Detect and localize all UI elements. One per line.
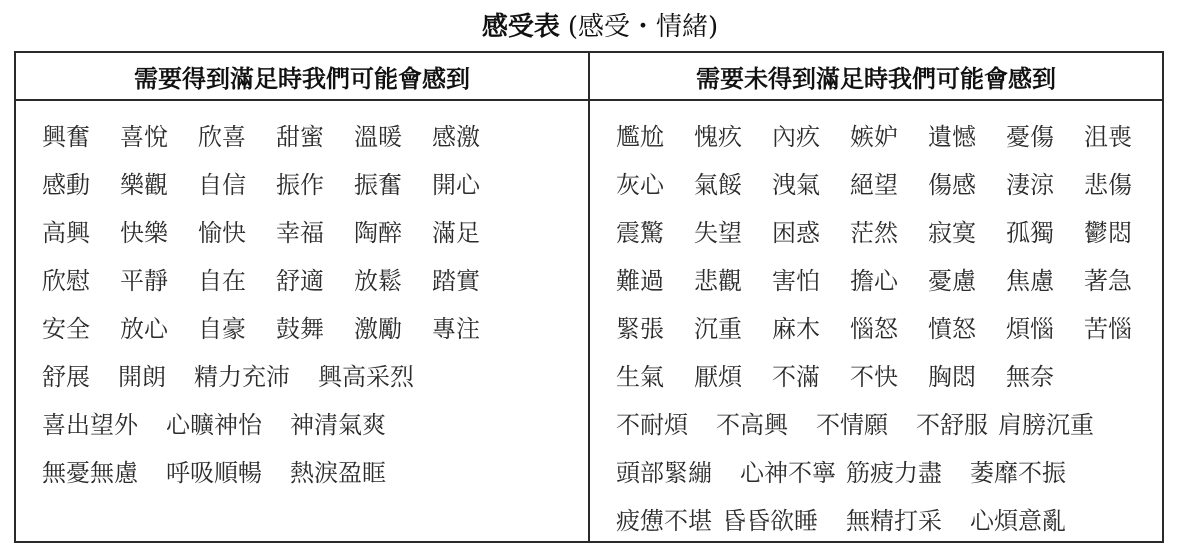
feeling-word: 熱淚盈眶	[290, 453, 386, 488]
feeling-word: 茫然	[850, 213, 928, 248]
feeling-word: 萎靡不振	[970, 453, 1066, 488]
feeling-word: 尷尬	[616, 117, 694, 152]
feeling-word: 無憂無慮	[42, 453, 138, 488]
feeling-word: 寂寞	[928, 213, 1006, 248]
feeling-word: 孤獨	[1006, 213, 1084, 248]
feeling-word: 困惑	[772, 213, 850, 248]
needs-unmet-list: 尷尬 愧疚 內疚 嫉妒 遺憾 憂傷 沮喪 灰心 氣餒 洩氣 絕望 傷感 淒涼 悲…	[590, 101, 1162, 542]
feeling-word: 愉快	[198, 213, 276, 248]
feeling-word: 筋疲力盡	[846, 453, 942, 488]
feeling-word: 沮喪	[1084, 117, 1162, 152]
feeling-row: 安全 放心 自豪 鼓舞 激勵 專注	[16, 302, 588, 350]
feeling-word: 鼓舞	[276, 309, 354, 344]
feeling-word: 興高采烈	[318, 357, 414, 392]
needs-met-list: 興奮 喜悅 欣喜 甜蜜 溫暖 感激 感動 樂觀 自信 振作 振奮 開心 高興 快…	[16, 101, 588, 494]
feeling-word: 洩氣	[772, 165, 850, 200]
feeling-word: 振作	[276, 165, 354, 200]
feeling-row: 震驚 失望 困惑 茫然 寂寞 孤獨 鬱悶	[590, 206, 1162, 254]
feeling-word: 專注	[432, 309, 510, 344]
feeling-row: 難過 悲觀 害怕 擔心 憂慮 焦慮 著急	[590, 254, 1162, 302]
feeling-word: 氣餒	[694, 165, 772, 200]
feeling-word: 鬱悶	[1084, 213, 1162, 248]
feeling-word: 心曠神怡	[166, 405, 262, 440]
feeling-word: 絕望	[850, 165, 928, 200]
feeling-word: 失望	[694, 213, 772, 248]
feeling-word: 震驚	[616, 213, 694, 248]
title-main: 感受表	[482, 12, 560, 42]
feeling-word: 安全	[42, 309, 120, 344]
feeling-row: 舒展 開朗 精力充沛 興高采烈	[16, 350, 588, 398]
feeling-row: 生氣 厭煩 不滿 不快 胸悶 無奈	[590, 350, 1162, 398]
feeling-word: 平靜	[120, 261, 198, 296]
feeling-word: 內疚	[772, 117, 850, 152]
feeling-row: 興奮 喜悅 欣喜 甜蜜 溫暖 感激	[16, 110, 588, 158]
feeling-word: 放鬆	[354, 261, 432, 296]
feeling-word: 昏昏欲睡	[722, 501, 818, 536]
feeling-word: 不耐煩	[616, 405, 688, 440]
feeling-word: 滿足	[432, 213, 510, 248]
feeling-word: 激勵	[354, 309, 432, 344]
feeling-word: 不舒服	[916, 405, 988, 440]
feeling-word: 悲觀	[694, 261, 772, 296]
needs-met-column: 需要得到滿足時我們可能會感到 興奮 喜悅 欣喜 甜蜜 溫暖 感激 感動 樂觀 自…	[16, 53, 590, 541]
feeling-word: 無精打采	[846, 501, 942, 536]
feeling-word: 焦慮	[1006, 261, 1084, 296]
feeling-word: 愧疚	[694, 117, 772, 152]
feeling-row: 尷尬 愧疚 內疚 嫉妒 遺憾 憂傷 沮喪	[590, 110, 1162, 158]
feeling-word: 憂慮	[928, 261, 1006, 296]
feeling-word: 精力充沛	[194, 357, 290, 392]
feeling-word: 不情願	[816, 405, 888, 440]
feeling-word: 神清氣爽	[290, 405, 386, 440]
feeling-word: 自信	[198, 165, 276, 200]
feeling-row: 灰心 氣餒 洩氣 絕望 傷感 淒涼 悲傷	[590, 158, 1162, 206]
feeling-word: 自豪	[198, 309, 276, 344]
feeling-row: 不耐煩 不高興 不情願 不舒服 肩膀沉重	[590, 398, 1162, 446]
feeling-word: 踏實	[432, 261, 510, 296]
feeling-row: 喜出望外 心曠神怡 神清氣爽	[16, 398, 588, 446]
title-subtitle: (感受・情緒)	[568, 12, 718, 42]
feeling-word: 喜出望外	[42, 405, 138, 440]
feeling-word: 麻木	[772, 309, 850, 344]
feeling-word: 興奮	[42, 117, 120, 152]
feeling-word: 溫暖	[354, 117, 432, 152]
feeling-word: 心神不寧	[740, 453, 836, 488]
feeling-word: 振奮	[354, 165, 432, 200]
feeling-word: 沉重	[694, 309, 772, 344]
feeling-word: 煩惱	[1006, 309, 1084, 344]
feeling-row: 感動 樂觀 自信 振作 振奮 開心	[16, 158, 588, 206]
feelings-table: 需要得到滿足時我們可能會感到 興奮 喜悅 欣喜 甜蜜 溫暖 感激 感動 樂觀 自…	[14, 51, 1164, 543]
feeling-word: 肩膀沉重	[998, 405, 1094, 440]
feeling-word: 高興	[42, 213, 120, 248]
feeling-word: 舒展	[42, 357, 90, 392]
feeling-word: 舒適	[276, 261, 354, 296]
feeling-word: 不快	[850, 357, 928, 392]
feeling-word: 淒涼	[1006, 165, 1084, 200]
feeling-word: 嫉妒	[850, 117, 928, 152]
feeling-word: 樂觀	[120, 165, 198, 200]
feeling-word: 自在	[198, 261, 276, 296]
feeling-word: 開朗	[118, 357, 166, 392]
feeling-word: 緊張	[616, 309, 694, 344]
feeling-row: 緊張 沉重 麻木 惱怒 憤怒 煩惱 苦惱	[590, 302, 1162, 350]
feeling-row: 頭部緊繃 心神不寧 筋疲力盡 萎靡不振	[590, 446, 1162, 494]
needs-met-header: 需要得到滿足時我們可能會感到	[16, 53, 588, 101]
feeling-word: 胸悶	[928, 357, 1006, 392]
feeling-word: 無奈	[1006, 357, 1084, 392]
needs-unmet-column: 需要未得到滿足時我們可能會感到 尷尬 愧疚 內疚 嫉妒 遺憾 憂傷 沮喪 灰心 …	[590, 53, 1162, 541]
feeling-word: 陶醉	[354, 213, 432, 248]
feeling-word: 難過	[616, 261, 694, 296]
feeling-word: 開心	[432, 165, 510, 200]
feeling-word: 放心	[120, 309, 198, 344]
feeling-word: 欣喜	[198, 117, 276, 152]
feeling-word: 悲傷	[1084, 165, 1162, 200]
feeling-word: 頭部緊繃	[616, 453, 712, 488]
feeling-word: 感激	[432, 117, 510, 152]
feeling-word: 著急	[1084, 261, 1162, 296]
feeling-row: 無憂無慮 呼吸順暢 熱淚盈眶	[16, 446, 588, 494]
feeling-word: 傷感	[928, 165, 1006, 200]
feeling-word: 感動	[42, 165, 120, 200]
feeling-word: 惱怒	[850, 309, 928, 344]
needs-unmet-header: 需要未得到滿足時我們可能會感到	[590, 53, 1162, 101]
feeling-word: 喜悅	[120, 117, 198, 152]
feeling-word: 苦惱	[1084, 309, 1162, 344]
feeling-row: 欣慰 平靜 自在 舒適 放鬆 踏實	[16, 254, 588, 302]
feeling-word: 欣慰	[42, 261, 120, 296]
feeling-word: 幸福	[276, 213, 354, 248]
feeling-word: 厭煩	[694, 357, 772, 392]
feeling-word: 灰心	[616, 165, 694, 200]
feeling-word: 不高興	[716, 405, 788, 440]
page-title: 感受表(感受・情緒)	[0, 10, 1200, 44]
feeling-word: 害怕	[772, 261, 850, 296]
feeling-word: 生氣	[616, 357, 694, 392]
feeling-word: 憤怒	[928, 309, 1006, 344]
feeling-word: 呼吸順暢	[166, 453, 262, 488]
feeling-word: 擔心	[850, 261, 928, 296]
feeling-word: 憂傷	[1006, 117, 1084, 152]
feeling-word: 不滿	[772, 357, 850, 392]
feeling-word: 遺憾	[928, 117, 1006, 152]
feeling-word: 快樂	[120, 213, 198, 248]
feeling-word: 疲憊不堪	[616, 501, 712, 536]
feeling-word: 甜蜜	[276, 117, 354, 152]
feeling-row: 高興 快樂 愉快 幸福 陶醉 滿足	[16, 206, 588, 254]
feeling-word: 心煩意亂	[970, 501, 1066, 536]
feeling-row: 疲憊不堪 昏昏欲睡 無精打采 心煩意亂	[590, 494, 1162, 542]
